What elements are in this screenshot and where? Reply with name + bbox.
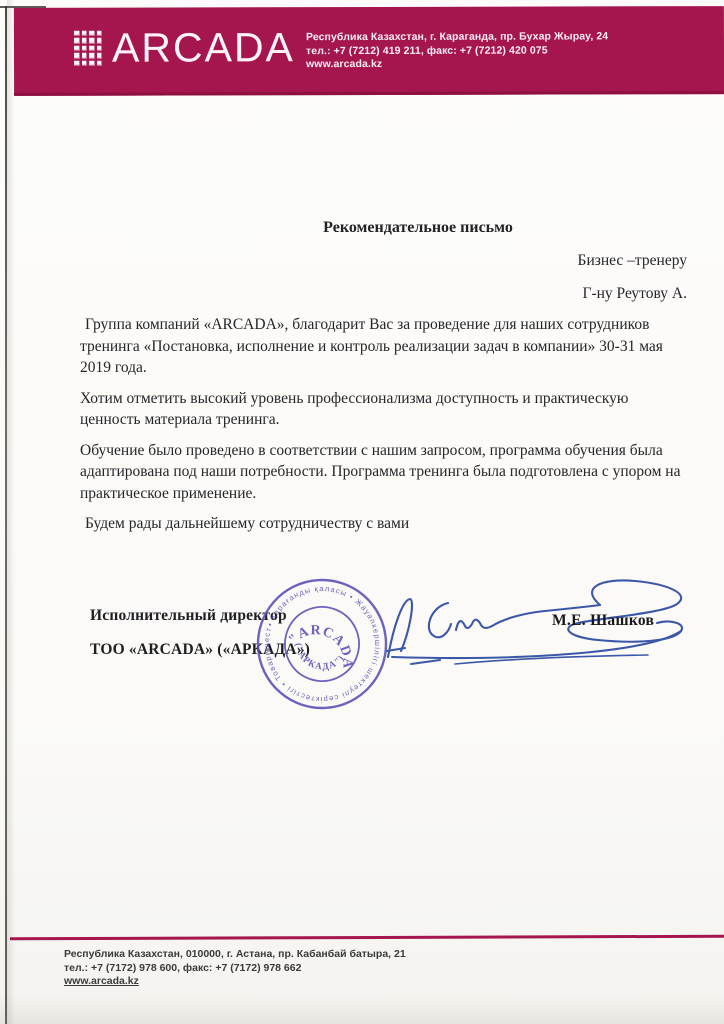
recipient-line: Г-ну Реутову А. [582,285,687,303]
scanned-letter-page: ARCADA Республика Казахстан, г. Караганд… [0,0,724,1024]
footer-website: www.arcada.kz [64,975,406,989]
header-website: www.arcada.kz [306,57,608,71]
letter-paragraph: Будем рады дальнейшему сотрудничеству с … [80,513,690,535]
letter-paragraph: Хотим отметить высокий уровень профессио… [80,388,690,431]
header-address-line: Республика Казахстан, г. Караганда, пр. … [306,30,608,44]
scan-noise [0,994,724,1024]
letter-paragraph: Обучение было проведено в соответствии с… [80,440,690,505]
header-address-block: Республика Казахстан, г. Караганда, пр. … [306,30,608,71]
letter-paragraph: Группа компаний «ARCADA», благодарит Вас… [80,314,690,379]
footer-divider-rule [10,935,724,940]
signer-name: М.Е. Шашков [552,612,654,630]
logo-squares-icon [74,30,102,66]
logo-wordmark: ARCADA [112,27,295,68]
letter-title: Рекомендательное письмо [0,219,724,237]
header-banner: ARCADA Республика Казахстан, г. Караганд… [14,6,724,96]
footer-address-line: тел.: +7 (7172) 978 600, факс: +7 (7172)… [64,962,406,976]
header-address-line: тел.: +7 (7212) 419 211, факс: +7 (7212)… [306,44,608,58]
recipient-line: Бизнес –тренеру [578,252,687,270]
scan-shadow [7,0,15,1024]
letter-body: Группа компаний «ARCADA», благодарит Вас… [80,314,690,544]
company-logo: ARCADA [74,27,295,69]
footer-address-block: Республика Казахстан, 010000, г. Астана,… [64,948,406,989]
footer-address-line: Республика Казахстан, 010000, г. Астана,… [64,948,406,962]
